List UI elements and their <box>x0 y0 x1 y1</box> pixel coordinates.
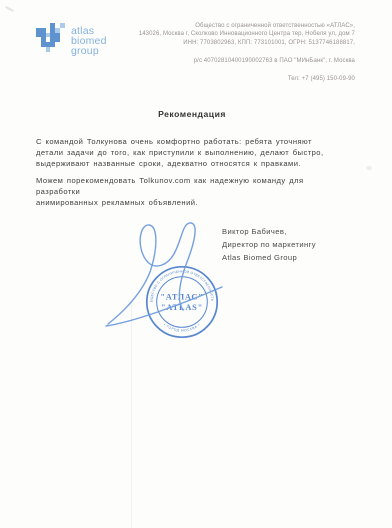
company-phone: Тел: +7 (495) 150-09-90 <box>139 75 355 83</box>
letter-page: atlasbiomedgroup Общество с ограниченной… <box>0 0 392 528</box>
letter-paragraph-2: Можем порекомендовать Tolkunov.com как н… <box>36 175 372 208</box>
logo-pixel <box>60 47 65 52</box>
scan-artifact <box>5 6 14 12</box>
atlas-pixel-logo-icon <box>36 23 65 57</box>
company-requisites: Общество с ограниченной ответственностью… <box>139 22 355 83</box>
company-address-lines: Общество с ограниченной ответственностью… <box>139 22 355 47</box>
letter-paragraph-1: С командой Толкунова очень комфортно раб… <box>36 136 372 169</box>
handwritten-signature <box>88 210 248 350</box>
signature-tail-stroke <box>106 287 222 326</box>
logo-wordmark: atlasbiomedgroup <box>71 23 107 57</box>
company-bank-account: р/с 40702810400190002763 в ПАО "МИнБанк"… <box>139 57 355 65</box>
signature-loops-stroke <box>108 223 195 324</box>
company-logo: atlasbiomedgroup <box>36 23 107 57</box>
letter-title: Рекомендация <box>0 109 384 119</box>
